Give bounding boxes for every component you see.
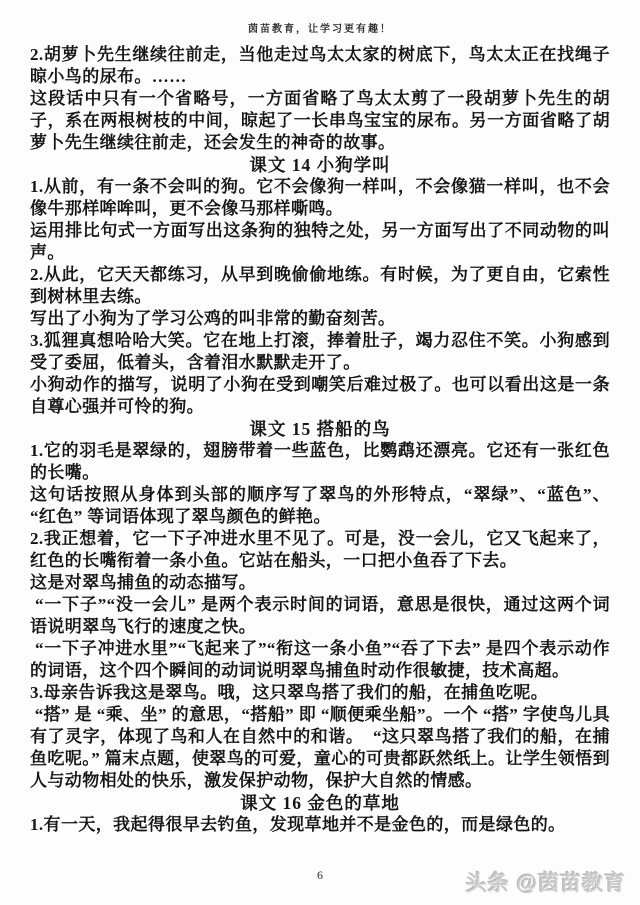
paragraph: 写出了小狗为了学习公鸡的叫非常的勤奋刻苦。 (30, 308, 610, 330)
paragraph: 3.母亲告诉我这是翠鸟。哦，这只翠鸟搭了我们的船，在捕鱼吃呢。 (30, 682, 610, 704)
paragraph: “一下子”“没一会儿” 是两个表示时间的词语，意思是很快，通过这两个词语说明翠鸟… (30, 594, 610, 638)
watermark: 头条 @茵苗教育 (466, 867, 626, 897)
paragraph: 运用排比句式一方面写出这条狗的独特之处，另一方面写出了不同动物的叫声。 (30, 220, 610, 264)
document-page: 茵苗教育，让学习更有趣！ 2.胡萝卜先生继续往前走，当他走过鸟太太家的树底下，鸟… (0, 0, 640, 905)
paragraph: 1.从前，有一条不会叫的狗。它不会像狗一样叫，不会像猫一样叫，也不会像牛那样哞哞… (30, 176, 610, 220)
paragraph: “搭” 是 “乘、坐” 的意思，“搭船” 即 “顺便乘坐船”。一个 “搭” 字使… (30, 704, 610, 792)
paragraph: 2.从此，它天天都练习，从早到晚偷偷地练。有时候，为了更自由，它索性到树林里去练… (30, 264, 610, 308)
paragraph: 1.有一天，我起得很早去钓鱼，发现草地并不是金色的，而是绿色的。 (30, 814, 610, 836)
paragraph: “一下子冲进水里”“飞起来了”“衔这一条小鱼”“吞了下去” 是四个表示动作的词语… (30, 638, 610, 682)
paragraph: 2.胡萝卜先生继续往前走，当他走过鸟太太家的树底下，鸟太太正在找绳子晾小鸟的尿布… (30, 44, 610, 88)
document-content: 2.胡萝卜先生继续往前走，当他走过鸟太太家的树底下，鸟太太正在找绳子晾小鸟的尿布… (30, 44, 610, 836)
paragraph: 这段话中只有一个省略号，一方面省略了鸟太太剪了一段胡萝卜先生的胡子，系在两根树枝… (30, 88, 610, 154)
section-heading: 课文 15 搭船的鸟 (30, 418, 610, 440)
paragraph: 这句话按照从身体到头部的顺序写了翠鸟的外形特点，“翠绿”、“蓝色”、“红色” 等… (30, 484, 610, 528)
section-heading: 课文 14 小狗学叫 (30, 154, 610, 176)
section-heading: 课文 16 金色的草地 (30, 792, 610, 814)
paragraph: 1.它的羽毛是翠绿的，翅膀带着一些蓝色，比鹦鹉还漂亮。它还有一张红色的长嘴。 (30, 440, 610, 484)
paragraph: 这是对翠鸟捕鱼的动态描写。 (30, 572, 610, 594)
paragraph: 2.我正想着，它一下子冲进水里不见了。可是，没一会儿，它又飞起来了，红色的长嘴衔… (30, 528, 610, 572)
header-slogan: 茵苗教育，让学习更有趣！ (0, 0, 640, 35)
paragraph: 3.狐狸真想哈哈大笑。它在地上打滚，捧着肚子，竭力忍住不笑。小狗感到受了委屈，低… (30, 330, 610, 374)
paragraph: 小狗动作的描写，说明了小狗在受到嘲笑后难过极了。也可以看出这是一条自尊心强并可怜… (30, 374, 610, 418)
